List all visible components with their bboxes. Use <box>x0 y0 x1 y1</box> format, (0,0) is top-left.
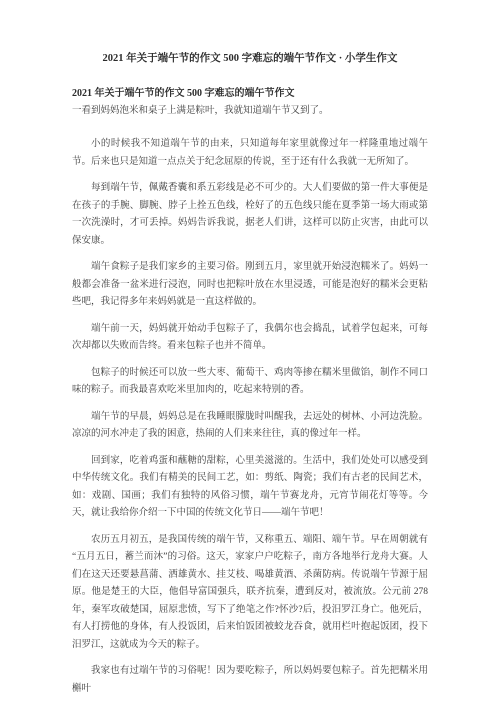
essay-body: 小的时候我不知道端午节的由来，只知道每年家里就像过年一样隆重地过端午节。后来也只… <box>72 136 428 698</box>
paragraph: 包粽子的时候还可以放一些大枣、葡萄干、鸡肉等掺在糯米里做馅，制作不同口味的粽子。… <box>72 365 428 400</box>
paragraph: 端午前一天，妈妈就开始动手包粽子了，我偶尔也会捣乱，试着学包起来，可每次却都以失… <box>72 321 428 356</box>
paragraph: 农历五月初五，是我国传统的端午节，又称重五、端阳、端午节。早在周朝就有“五月五日… <box>72 532 428 655</box>
essay-intro-line: 一看到妈妈泡米和桌子上满是粽叶，我就知道端午节又到了。 <box>72 103 428 121</box>
paragraph: 端午食粽子是我们家乡的主要习俗。刚到五月，家里就开始浸泡糯米了。妈妈一般都会准备… <box>72 259 428 312</box>
paragraph: 小的时候我不知道端午节的由来，只知道每年家里就像过年一样隆重地过端午节。后来也只… <box>72 136 428 171</box>
paragraph: 回到家，吃着鸡蛋和蘸糖的甜粽，心里美滋滋的。生活中，我们处处可以感受到中华传统文… <box>72 453 428 523</box>
page-title: 2021 年关于端午节的作文 500 字难忘的端午节作文 · 小学生作文 <box>72 52 428 66</box>
paragraph: 端午节的早晨，妈妈总是在我睡眼朦胧时叫醒我，去远处的树林、小河边洗脸。凉凉的河水… <box>72 409 428 444</box>
essay-heading: 2021 年关于端午节的作文 500 字难忘的端午节作文 <box>72 85 428 103</box>
document-page: 2021 年关于端午节的作文 500 字难忘的端午节作文 · 小学生作文 202… <box>0 0 500 708</box>
paragraph: 每到端午节，佩戴香囊和系五彩线是必不可少的。大人们要做的第一件大事便是在孩子的手… <box>72 180 428 250</box>
paragraph: 我家也有过端午节的习俗呢！因为要吃粽子，所以妈妈要包粽子。首先把糯米用槲叶 <box>72 663 428 698</box>
